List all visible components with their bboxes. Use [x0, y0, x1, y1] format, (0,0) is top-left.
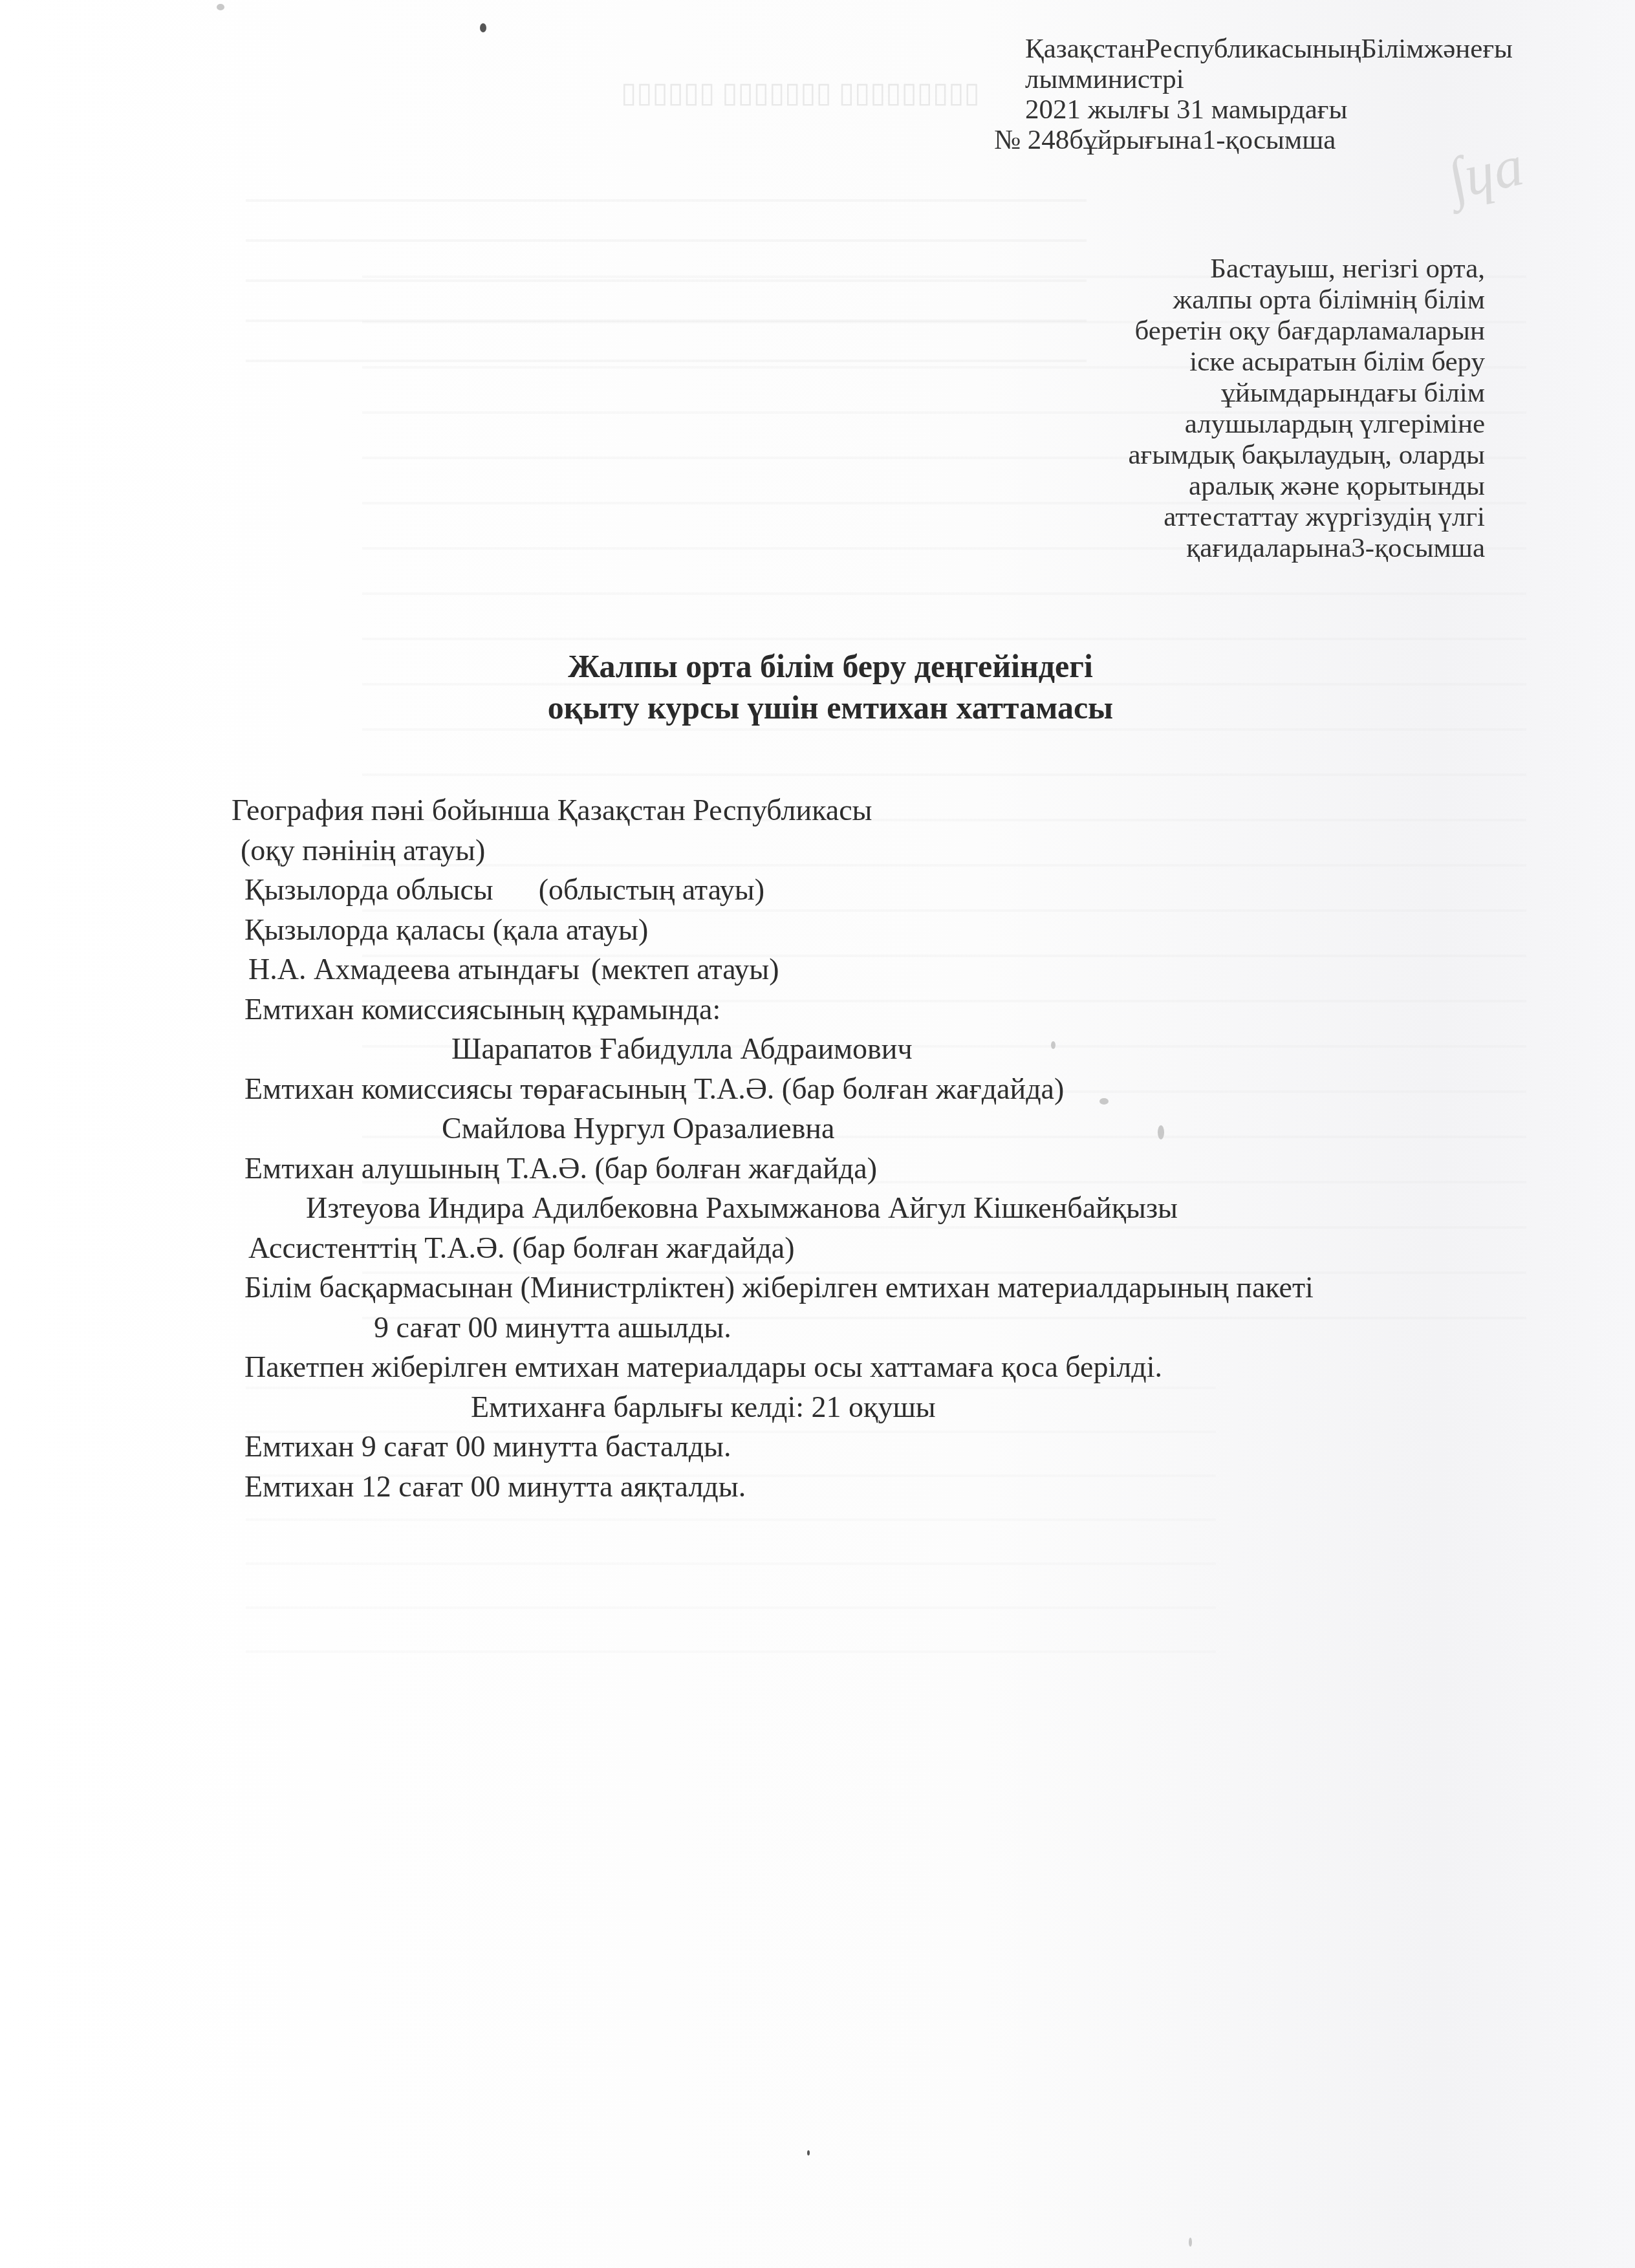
header-line: лымминистрі: [994, 64, 1513, 94]
header-line-1: ҚазақстанРеспубликасыныңБілімжәнеғы: [1025, 34, 1513, 64]
scanned-page: ​▯▯▯▯▯▯▯▯▯ ▯▯▯▯▯▯▯ ▯▯▯▯▯▯ ∫ɥa ҚазақстанР…: [0, 0, 1635, 2268]
header-line: № 248бұйрығына1-қосымша: [994, 125, 1513, 155]
region-line: Қызылорда облысы(облыстың атауы): [232, 870, 1314, 910]
region-caption: (облыстың атауы): [539, 873, 764, 906]
exam-started: Емтихан 9 сағат 00 минутта басталды.: [232, 1427, 1314, 1467]
title-line-2: оқыту курсы үшін емтихан хаттамасы: [26, 687, 1635, 728]
package-opened: 9 сағат 00 минутта ашылды.: [232, 1308, 1314, 1348]
document-title: Жалпы орта білім беру деңгейіндегі оқыту…: [0, 645, 1635, 728]
order-reference: ҚазақстанРеспубликасыныңБілімжәнеғы лымм…: [994, 34, 1513, 155]
students-arrived: Емтиханға барлығы келді: 21 оқушы: [232, 1387, 1314, 1427]
school-line: Н.А. Ахмадеева атындағы(мектеп атауы): [232, 949, 1314, 989]
city-line: Қызылорда қаласы (қала атауы): [232, 910, 1314, 950]
appendix-line: беретін оқу бағдарламаларын: [955, 316, 1485, 347]
appendix-line: жалпы орта білімнің білім: [955, 285, 1485, 316]
appendix-line: Бастауыш, негізгі орта,: [955, 254, 1485, 285]
exam-ended: Емтихан 12 сағат 00 минутта аяқталды.: [232, 1467, 1314, 1507]
title-line-1: Жалпы орта білім беру деңгейіндегі: [26, 645, 1635, 687]
appendix-line: іске асыратын білім беру: [955, 347, 1485, 378]
materials-attached: Пакетпен жіберілген емтихан материалдары…: [232, 1347, 1314, 1387]
appendix-line: аттестаттау жүргізудің үлгі: [955, 502, 1485, 533]
chair-label: Емтихан комиссиясы төрағасының Т.А.Ә. (б…: [232, 1069, 1314, 1109]
assistant-label: Ассистенттің Т.А.Ә. (бар болған жағдайда…: [232, 1228, 1314, 1268]
appendix-line: аралық және қорытынды: [955, 471, 1485, 502]
appendix-line: ағымдық бақылаудың, оларды: [955, 440, 1485, 471]
header-line: ҚазақстанРеспубликасыныңБілімжәнеғы: [994, 34, 1513, 64]
scan-speck: [480, 23, 486, 32]
header-line: 2021 жылғы 31 мамырдағы: [994, 94, 1513, 125]
commission-member: Шарапатов Ғабидулла Абдраимович: [232, 1029, 1314, 1069]
examiner-label: Емтихан алушының Т.А.Ә. (бар болған жағд…: [232, 1149, 1314, 1189]
chair-name: Смайлова Нургул Оразалиевна: [232, 1108, 1314, 1149]
bleed-through-text: ​▯▯▯▯▯▯▯▯▯ ▯▯▯▯▯▯▯ ▯▯▯▯▯▯: [621, 76, 980, 109]
commission-label: Емтихан комиссиясының құрамында:: [232, 989, 1314, 1030]
examiner-names: Изтеуова Индира Адилбековна Рахымжанова …: [232, 1188, 1314, 1228]
subject-line: География пәні бойынша Қазақстан Республ…: [232, 790, 1314, 830]
scan-speck: [1189, 2238, 1192, 2247]
package-line: Білім басқармасынан (Министрліктен) жібе…: [232, 1268, 1314, 1308]
appendix-line: қағидаларына3-қосымша: [955, 533, 1485, 564]
region-name: Қызылорда облысы: [244, 873, 493, 906]
appendix-line: алушылардың үлгеріміне: [955, 409, 1485, 440]
scan-speck: [807, 2150, 810, 2155]
protocol-body: География пәні бойынша Қазақстан Республ…: [232, 790, 1314, 1506]
school-name: Н.А. Ахмадеева атындағы: [248, 953, 579, 986]
subject-caption: (оқу пәнінің атауы): [232, 830, 1314, 870]
appendix-reference: Бастауыш, негізгі орта, жалпы орта білім…: [955, 254, 1485, 564]
school-caption: (мектеп атауы): [591, 953, 779, 986]
appendix-line: ұйымдарындағы білім: [955, 378, 1485, 409]
scan-speck: [217, 4, 224, 10]
